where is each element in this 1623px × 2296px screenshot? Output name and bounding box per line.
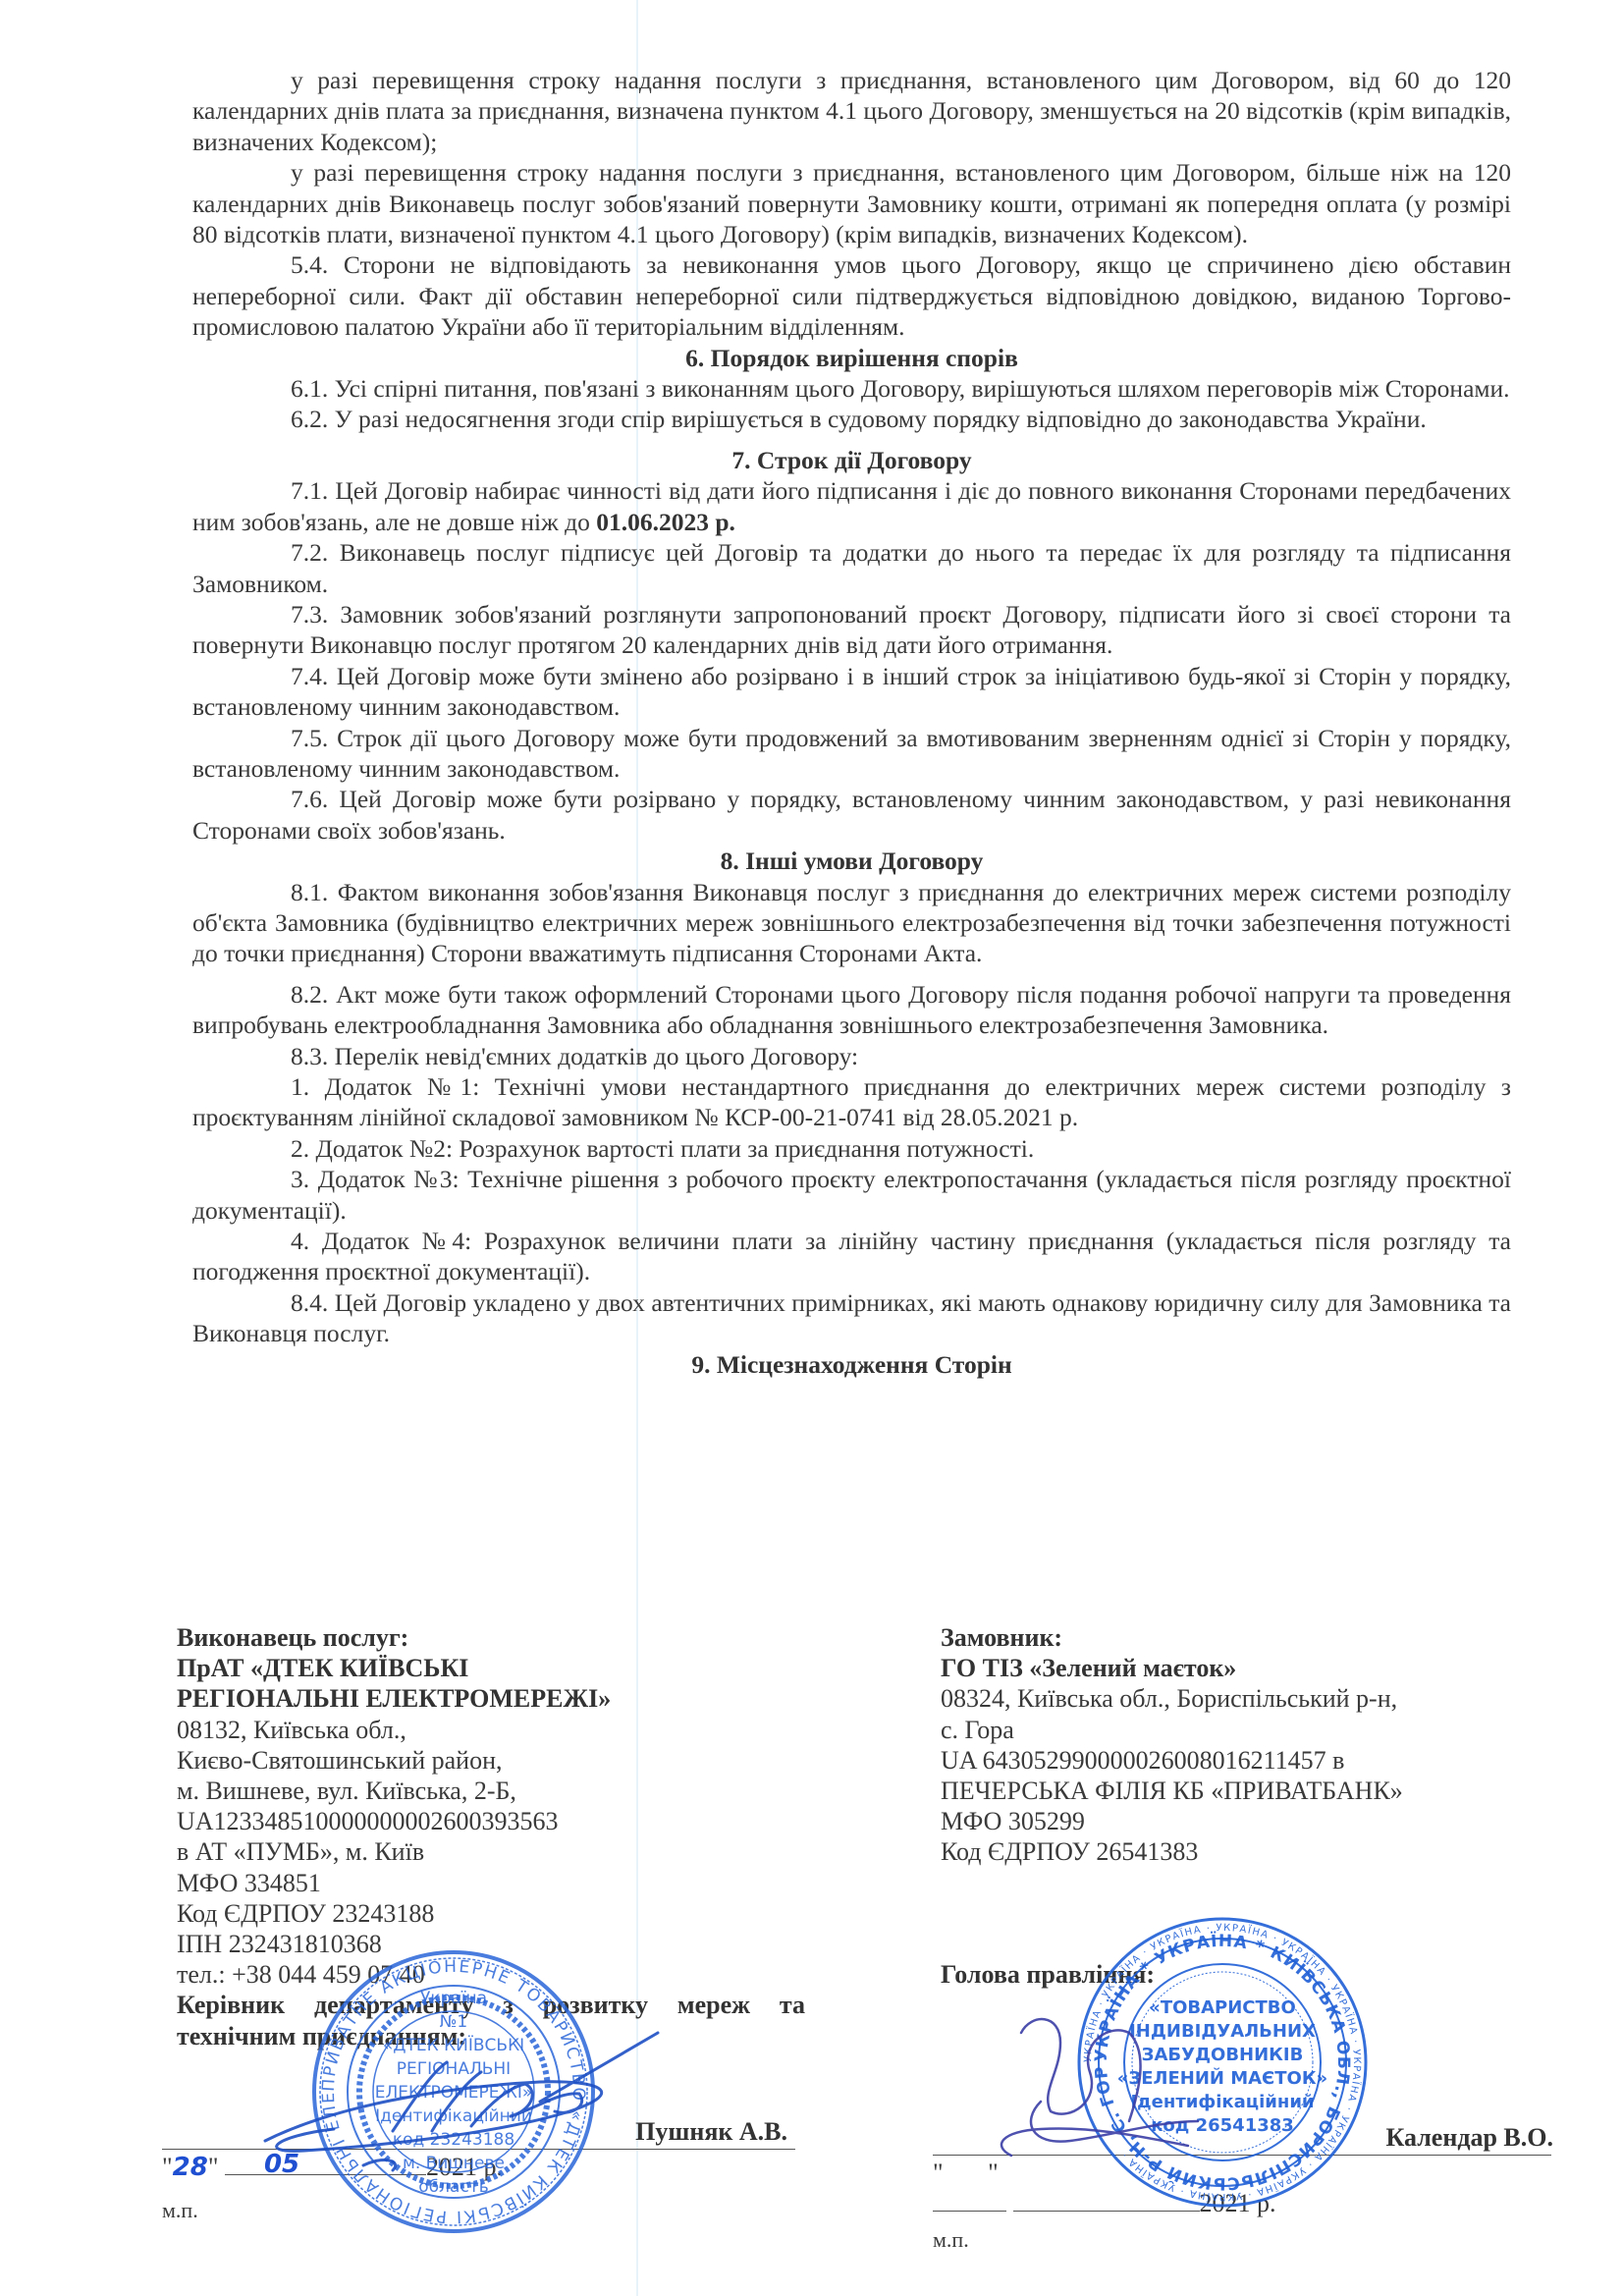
customer-date: " " 2021 р. — [933, 2158, 1551, 2218]
paragraph-8-1: 8.1. Фактом виконання зобов'язання Викон… — [192, 877, 1511, 969]
annex-4: 4. Додаток №4: Розрахунок величини плати… — [192, 1226, 1511, 1287]
paragraph-7-1: 7.1. Цей Договір набирає чинності від да… — [192, 475, 1511, 537]
contractor-seal-mark: м.п. — [162, 2195, 795, 2225]
customer-role: Замовник: — [941, 1622, 1549, 1653]
customer-signature-line: Календар В.О. — [933, 2123, 1551, 2156]
contractor-signature-line: Пушняк А.В. — [162, 2117, 795, 2150]
contractor-date-year: 2021 р. — [426, 2153, 503, 2181]
contractor-signatory-title-1: Керівник департаменту з розвитку мереж т… — [177, 1990, 805, 2020]
contractor-bank: в АТ «ПУМБ», м. Київ — [177, 1836, 805, 1867]
contractor-phone: тел.: +38 044 459 07 40 — [177, 1959, 805, 1990]
contractor-edrpou: Код ЄДРПОУ 23243188 — [177, 1898, 805, 1929]
paragraph-7-6: 7.6. Цей Договір може бути розірвано у п… — [192, 784, 1511, 846]
contractor-mfo: МФО 334851 — [177, 1868, 805, 1898]
paragraph-7-3: 7.3. Замовник зобов'язаний розглянути за… — [192, 599, 1511, 661]
section-9-title: 9. Місцезнаходження Сторін — [192, 1349, 1511, 1380]
section-8-title: 8. Інші умови Договору — [192, 846, 1511, 876]
customer-edrpou: Код ЄДРПОУ 26541383 — [941, 1836, 1549, 1867]
customer-details: Замовник: ГО ТІЗ «Зелений маєток» 08324,… — [941, 1622, 1549, 1990]
section-6-title: 6. Порядок вирішення спорів — [192, 343, 1511, 373]
customer-iban: UA 643052990000026008016211457 в — [941, 1745, 1549, 1776]
contractor-address-line: 08132, Київська обл., — [177, 1715, 805, 1745]
paragraph-penalty-60-120: у разі перевищення строку надання послуг… — [192, 65, 1511, 157]
contractor-org-line1: ПрАТ «ДТЕК КИЇВСЬКІ — [177, 1653, 805, 1683]
customer-date-year: 2021 р. — [1200, 2189, 1276, 2217]
contractor-details: Виконавець послуг: ПрАТ «ДТЕК КИЇВСЬКІ Р… — [177, 1622, 805, 2051]
customer-address-line: 08324, Київська обл., Бориспільський р-н… — [941, 1683, 1549, 1714]
paragraph-7-5: 7.5. Строк дії цього Договору може бути … — [192, 723, 1511, 785]
parties-block: Виконавець послуг: ПрАТ «ДТЕК КИЇВСЬКІ Р… — [0, 1622, 1623, 2296]
customer-signatory-title: Голова правління: — [941, 1959, 1549, 1990]
customer-org: ГО ТІЗ «Зелений маєток» — [941, 1653, 1549, 1683]
contractor-date-day: 28 — [173, 2153, 208, 2182]
customer-signatory-name: Календар В.О. — [1385, 2122, 1553, 2153]
paragraph-6-2: 6.2. У разі недосягнення згоди спір вирі… — [192, 404, 1511, 434]
customer-date-day-field — [933, 2189, 1006, 2212]
contractor-iban: UA123348510000000002600393563 — [177, 1806, 805, 1836]
paragraph-7-2: 7.2. Виконавець послуг підписує цей Дого… — [192, 537, 1511, 599]
customer-mfo: МФО 305299 — [941, 1806, 1549, 1836]
paragraph-6-1: 6.1. Усі спірні питання, пов'язані з вик… — [192, 373, 1511, 404]
annex-2: 2. Додаток №2: Розрахунок вартості плати… — [192, 1133, 1511, 1164]
contractor-signatory-title-2: технічним приєднанням: — [177, 2021, 805, 2051]
contractor-date-month-field: 05 — [225, 2153, 426, 2175]
contractor-date: "28" 052021 р. — [162, 2152, 795, 2183]
paragraph-7-4: 7.4. Цей Договір може бути змінено або р… — [192, 661, 1511, 723]
contractor-signature-block: Пушняк А.В. "28" 052021 р. м.п. — [162, 2117, 795, 2225]
contractor-date-month: 05 — [264, 2150, 299, 2180]
contract-page: у разі перевищення строку надання послуг… — [192, 65, 1511, 1380]
paragraph-8-3: 8.3. Перелік невід'ємних додатків до цьо… — [192, 1041, 1511, 1071]
contract-end-date: 01.06.2023 р. — [596, 508, 735, 536]
paragraph-7-1-text: 7.1. Цей Договір набирає чинності від да… — [192, 476, 1511, 535]
paragraph-8-2: 8.2. Акт може бути також оформлений Стор… — [192, 979, 1511, 1041]
customer-date-month-field — [1013, 2189, 1200, 2212]
section-7-title: 7. Строк дії Договору — [192, 445, 1511, 475]
contractor-org-line2: РЕГІОНАЛЬНІ ЕЛЕКТРОМЕРЕЖІ» — [177, 1683, 805, 1714]
contractor-role: Виконавець послуг: — [177, 1622, 805, 1653]
paragraph-5-4: 5.4. Сторони не відповідають за невикона… — [192, 249, 1511, 342]
customer-bank: ПЕЧЕРСЬКА ФІЛІЯ КБ «ПРИВАТБАНК» — [941, 1776, 1549, 1806]
annex-3: 3. Додаток №3: Технічне рішення з робочо… — [192, 1164, 1511, 1226]
customer-signature-block: Календар В.О. " " 2021 р. м.п. — [933, 2123, 1551, 2256]
paragraph-penalty-over-120: у разі перевищення строку надання послуг… — [192, 157, 1511, 249]
contractor-address-line: Києво-Святошинський район, — [177, 1745, 805, 1776]
contractor-signatory-name: Пушняк А.В. — [635, 2116, 787, 2147]
contractor-address-line: м. Вишневе, вул. Київська, 2-Б, — [177, 1776, 805, 1806]
customer-seal-mark: м.п. — [933, 2224, 1551, 2255]
annex-1: 1. Додаток №1: Технічні умови нестандарт… — [192, 1071, 1511, 1133]
customer-address-line: с. Гора — [941, 1715, 1549, 1745]
paragraph-8-4: 8.4. Цей Договір укладено у двох автенти… — [192, 1287, 1511, 1349]
contractor-ipn: ІПН 232431810368 — [177, 1929, 805, 1959]
